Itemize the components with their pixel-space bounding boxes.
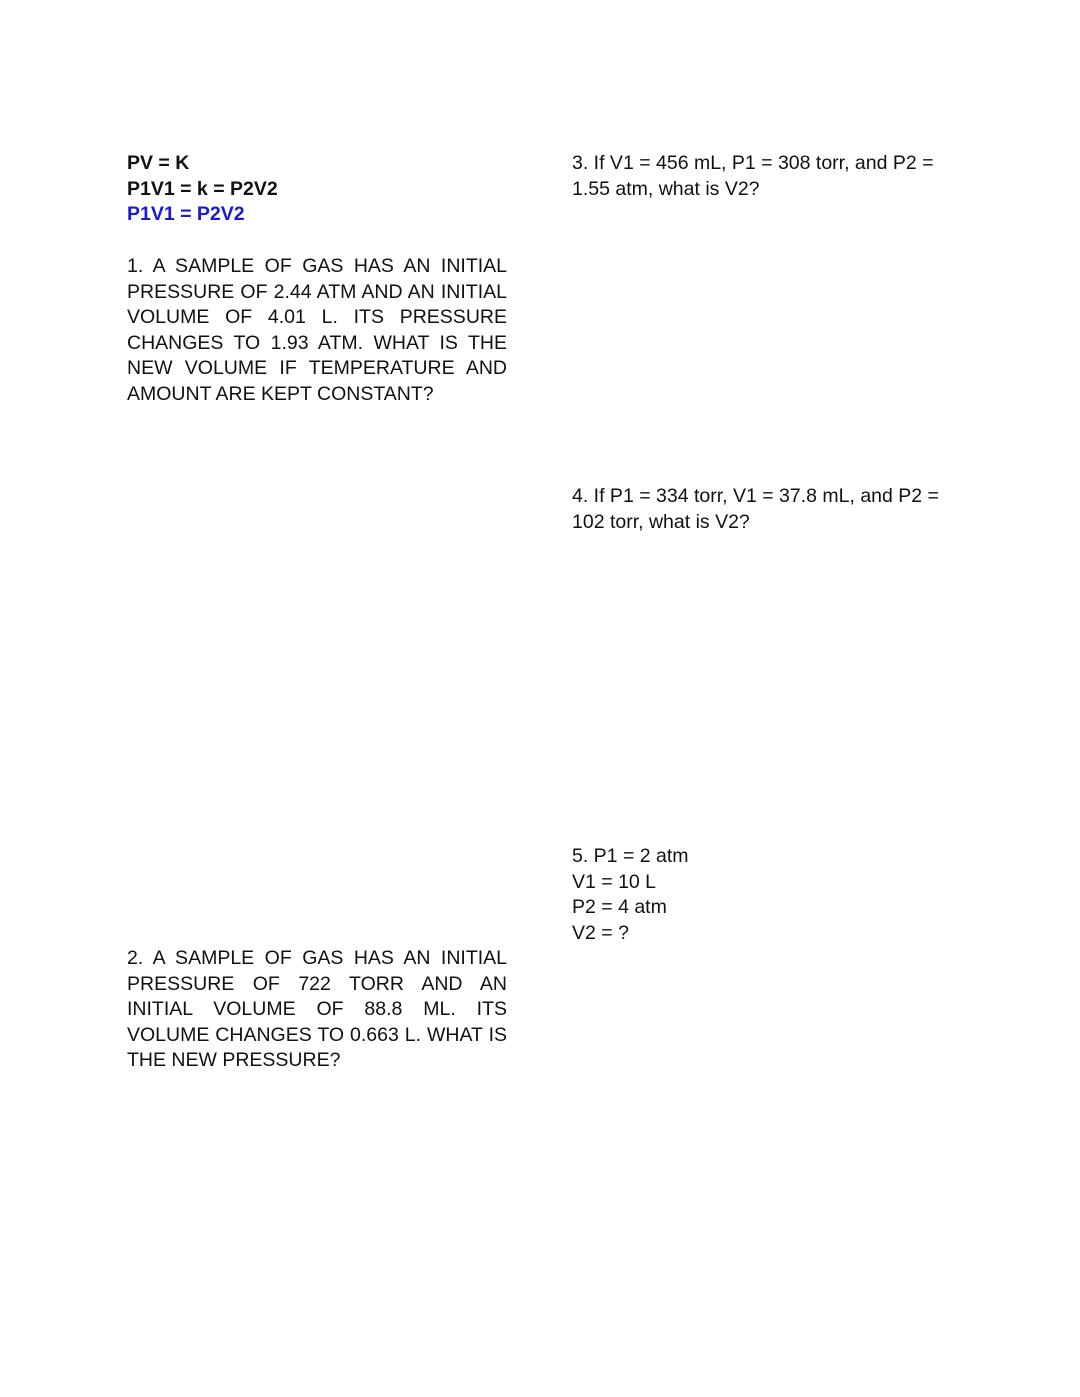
formula-p1v1-k-p2v2: P1V1 = k = P2V2 [127,177,507,203]
question-3-text: 3. If V1 = 456 mL, P1 = 308 torr, and P2… [572,151,942,202]
formula-block: PV = K P1V1 = k = P2V2 P1V1 = P2V2 [127,151,507,228]
question-1-text: 1. A SAMPLE OF GAS HAS AN INITIAL PRESSU… [127,254,507,408]
formula-pv-k: PV = K [127,151,507,177]
question-2-text: 2. A SAMPLE OF GAS HAS AN INITIAL PRESSU… [127,946,507,1074]
question-5: 5. P1 = 2 atm V1 = 10 L P2 = 4 atm V2 = … [572,844,952,946]
question-4: 4. If P1 = 334 torr, V1 = 37.8 mL, and P… [572,484,947,535]
question-5-line: 5. P1 = 2 atm [572,844,952,870]
question-4-text: 4. If P1 = 334 torr, V1 = 37.8 mL, and P… [572,484,947,535]
question-3: 3. If V1 = 456 mL, P1 = 308 torr, and P2… [572,151,942,202]
question-5-line: P2 = 4 atm [572,895,952,921]
question-1: 1. A SAMPLE OF GAS HAS AN INITIAL PRESSU… [127,254,507,408]
formula-boyles-law: P1V1 = P2V2 [127,202,507,228]
question-5-line: V2 = ? [572,921,952,947]
question-2: 2. A SAMPLE OF GAS HAS AN INITIAL PRESSU… [127,946,507,1074]
question-5-line: V1 = 10 L [572,870,952,896]
